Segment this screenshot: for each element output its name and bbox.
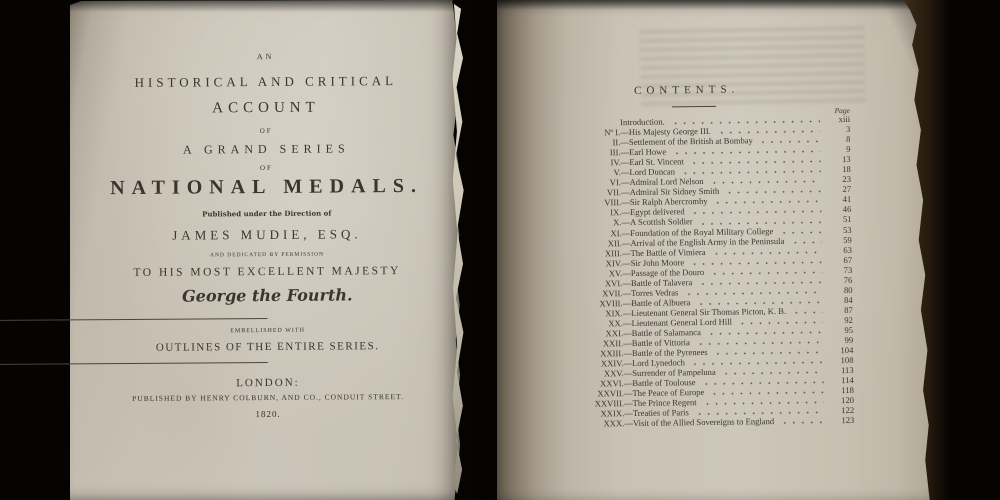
entry-page-number: 46 — [825, 204, 851, 214]
entry-page-number: 9 — [824, 144, 850, 154]
dot-leader — [790, 239, 822, 245]
entry-title: —Settlement of the British at Bombay — [620, 135, 753, 147]
entry-page-number: 27 — [825, 184, 851, 194]
divider-rule-1 — [0, 318, 267, 322]
entry-page-number: 23 — [825, 174, 851, 184]
outlines-line: OUTLINES OF THE ENTIRE SERIES. — [71, 340, 465, 355]
contents-list: Page Introduction. xiii Nº I. —His Majes… — [554, 114, 854, 430]
entry-page-number: 122 — [828, 405, 854, 415]
entry-page-number: 51 — [825, 214, 851, 224]
entry-page-number: xiii — [824, 114, 850, 124]
entry-page-number: 80 — [826, 285, 852, 295]
author-name: JAMES MUDIE, ESQ. — [70, 226, 464, 245]
divider-rule-2 — [0, 362, 268, 366]
title-page-text: AN HISTORICAL AND CRITICAL ACCOUNT OF A … — [68, 0, 465, 500]
entry-title: —Visit of the Allied Sovereigns to Engla… — [624, 416, 774, 428]
entry-page-number: 76 — [826, 275, 852, 285]
entry-page-number: 108 — [827, 355, 853, 365]
entry-title: —Battle of Talavera — [622, 277, 692, 288]
entry-page-number: 92 — [827, 315, 853, 325]
entry-numeral: XXX. — [558, 419, 624, 430]
entry-page-number: 8 — [824, 134, 850, 144]
entry-title: —Sir Ralph Abercromby — [621, 196, 708, 207]
title-grand-series: A GRAND SERIES — [69, 141, 463, 159]
entry-title: —The Battle of Vimiera — [622, 247, 706, 258]
entry-page-number: 120 — [828, 395, 854, 405]
title-account: ACCOUNT — [69, 99, 463, 119]
dot-leader — [779, 229, 822, 236]
entry-page-number: 13 — [825, 154, 851, 164]
entry-page-number: 104 — [827, 345, 853, 355]
entry-page-number: 73 — [826, 265, 852, 275]
page-column-header: Page — [835, 106, 851, 115]
entry-title: Introduction. — [620, 117, 665, 128]
dot-leader — [738, 319, 823, 326]
contents-heading: CONTENTS. — [554, 82, 820, 98]
dedicated-line: AND DEDICATED BY PERMISSION — [70, 251, 464, 260]
dot-leader — [780, 420, 824, 427]
title-of-1: OF — [69, 126, 463, 137]
entry-page-number: 118 — [828, 385, 854, 395]
title-of-2: OF — [69, 163, 463, 174]
entry-page-number: 87 — [827, 305, 853, 315]
entry-page-number: 99 — [827, 335, 853, 345]
entry-page-number: 95 — [827, 325, 853, 335]
entry-page-number: 113 — [828, 365, 854, 375]
title-national-medals: NATIONAL MEDALS. — [69, 175, 463, 201]
title-an: AN — [69, 51, 463, 63]
imprint-city: LONDON: — [71, 376, 465, 391]
imprint-publisher: PUBLISHED BY HENRY COLBURN, AND CO., CON… — [71, 392, 465, 404]
george-the-fourth: George the Fourth. — [70, 285, 464, 307]
entry-title: —Battle of the Pyrenees — [623, 347, 707, 358]
entry-title: —Earl Howe — [620, 147, 666, 158]
book-photo: AN HISTORICAL AND CRITICAL ACCOUNT OF A … — [0, 0, 1000, 500]
contents-block: CONTENTS. Page Introduction. xiii Nº I. … — [554, 82, 855, 430]
imprint-year: 1820. — [71, 408, 465, 421]
title-historical: HISTORICAL AND CRITICAL — [69, 73, 463, 92]
entry-page-number: 84 — [827, 295, 853, 305]
entry-page-number: 53 — [826, 224, 852, 234]
entry-page-number: 41 — [825, 194, 851, 204]
entry-page-number: 114 — [828, 375, 854, 385]
entry-numeral — [554, 125, 620, 126]
entry-page-number: 63 — [826, 245, 852, 255]
entry-page-number: 123 — [828, 415, 854, 425]
majesty-line: TO HIS MOST EXCELLENT MAJESTY — [70, 265, 464, 280]
contents-heading-rule — [672, 106, 716, 108]
dot-leader — [792, 309, 823, 315]
entry-title: —Surrender of Pampeluna — [624, 367, 716, 378]
dot-leader — [759, 139, 821, 146]
entry-page-number: 67 — [826, 255, 852, 265]
entry-page-number: 3 — [824, 124, 850, 134]
entry-page-number: 59 — [826, 234, 852, 244]
entry-page-number: 18 — [825, 164, 851, 174]
embellished-line: EMBELLISHED WITH — [71, 327, 465, 336]
published-under-line: Published under the Direction of — [70, 208, 464, 220]
gutter-shadow — [460, 0, 500, 500]
